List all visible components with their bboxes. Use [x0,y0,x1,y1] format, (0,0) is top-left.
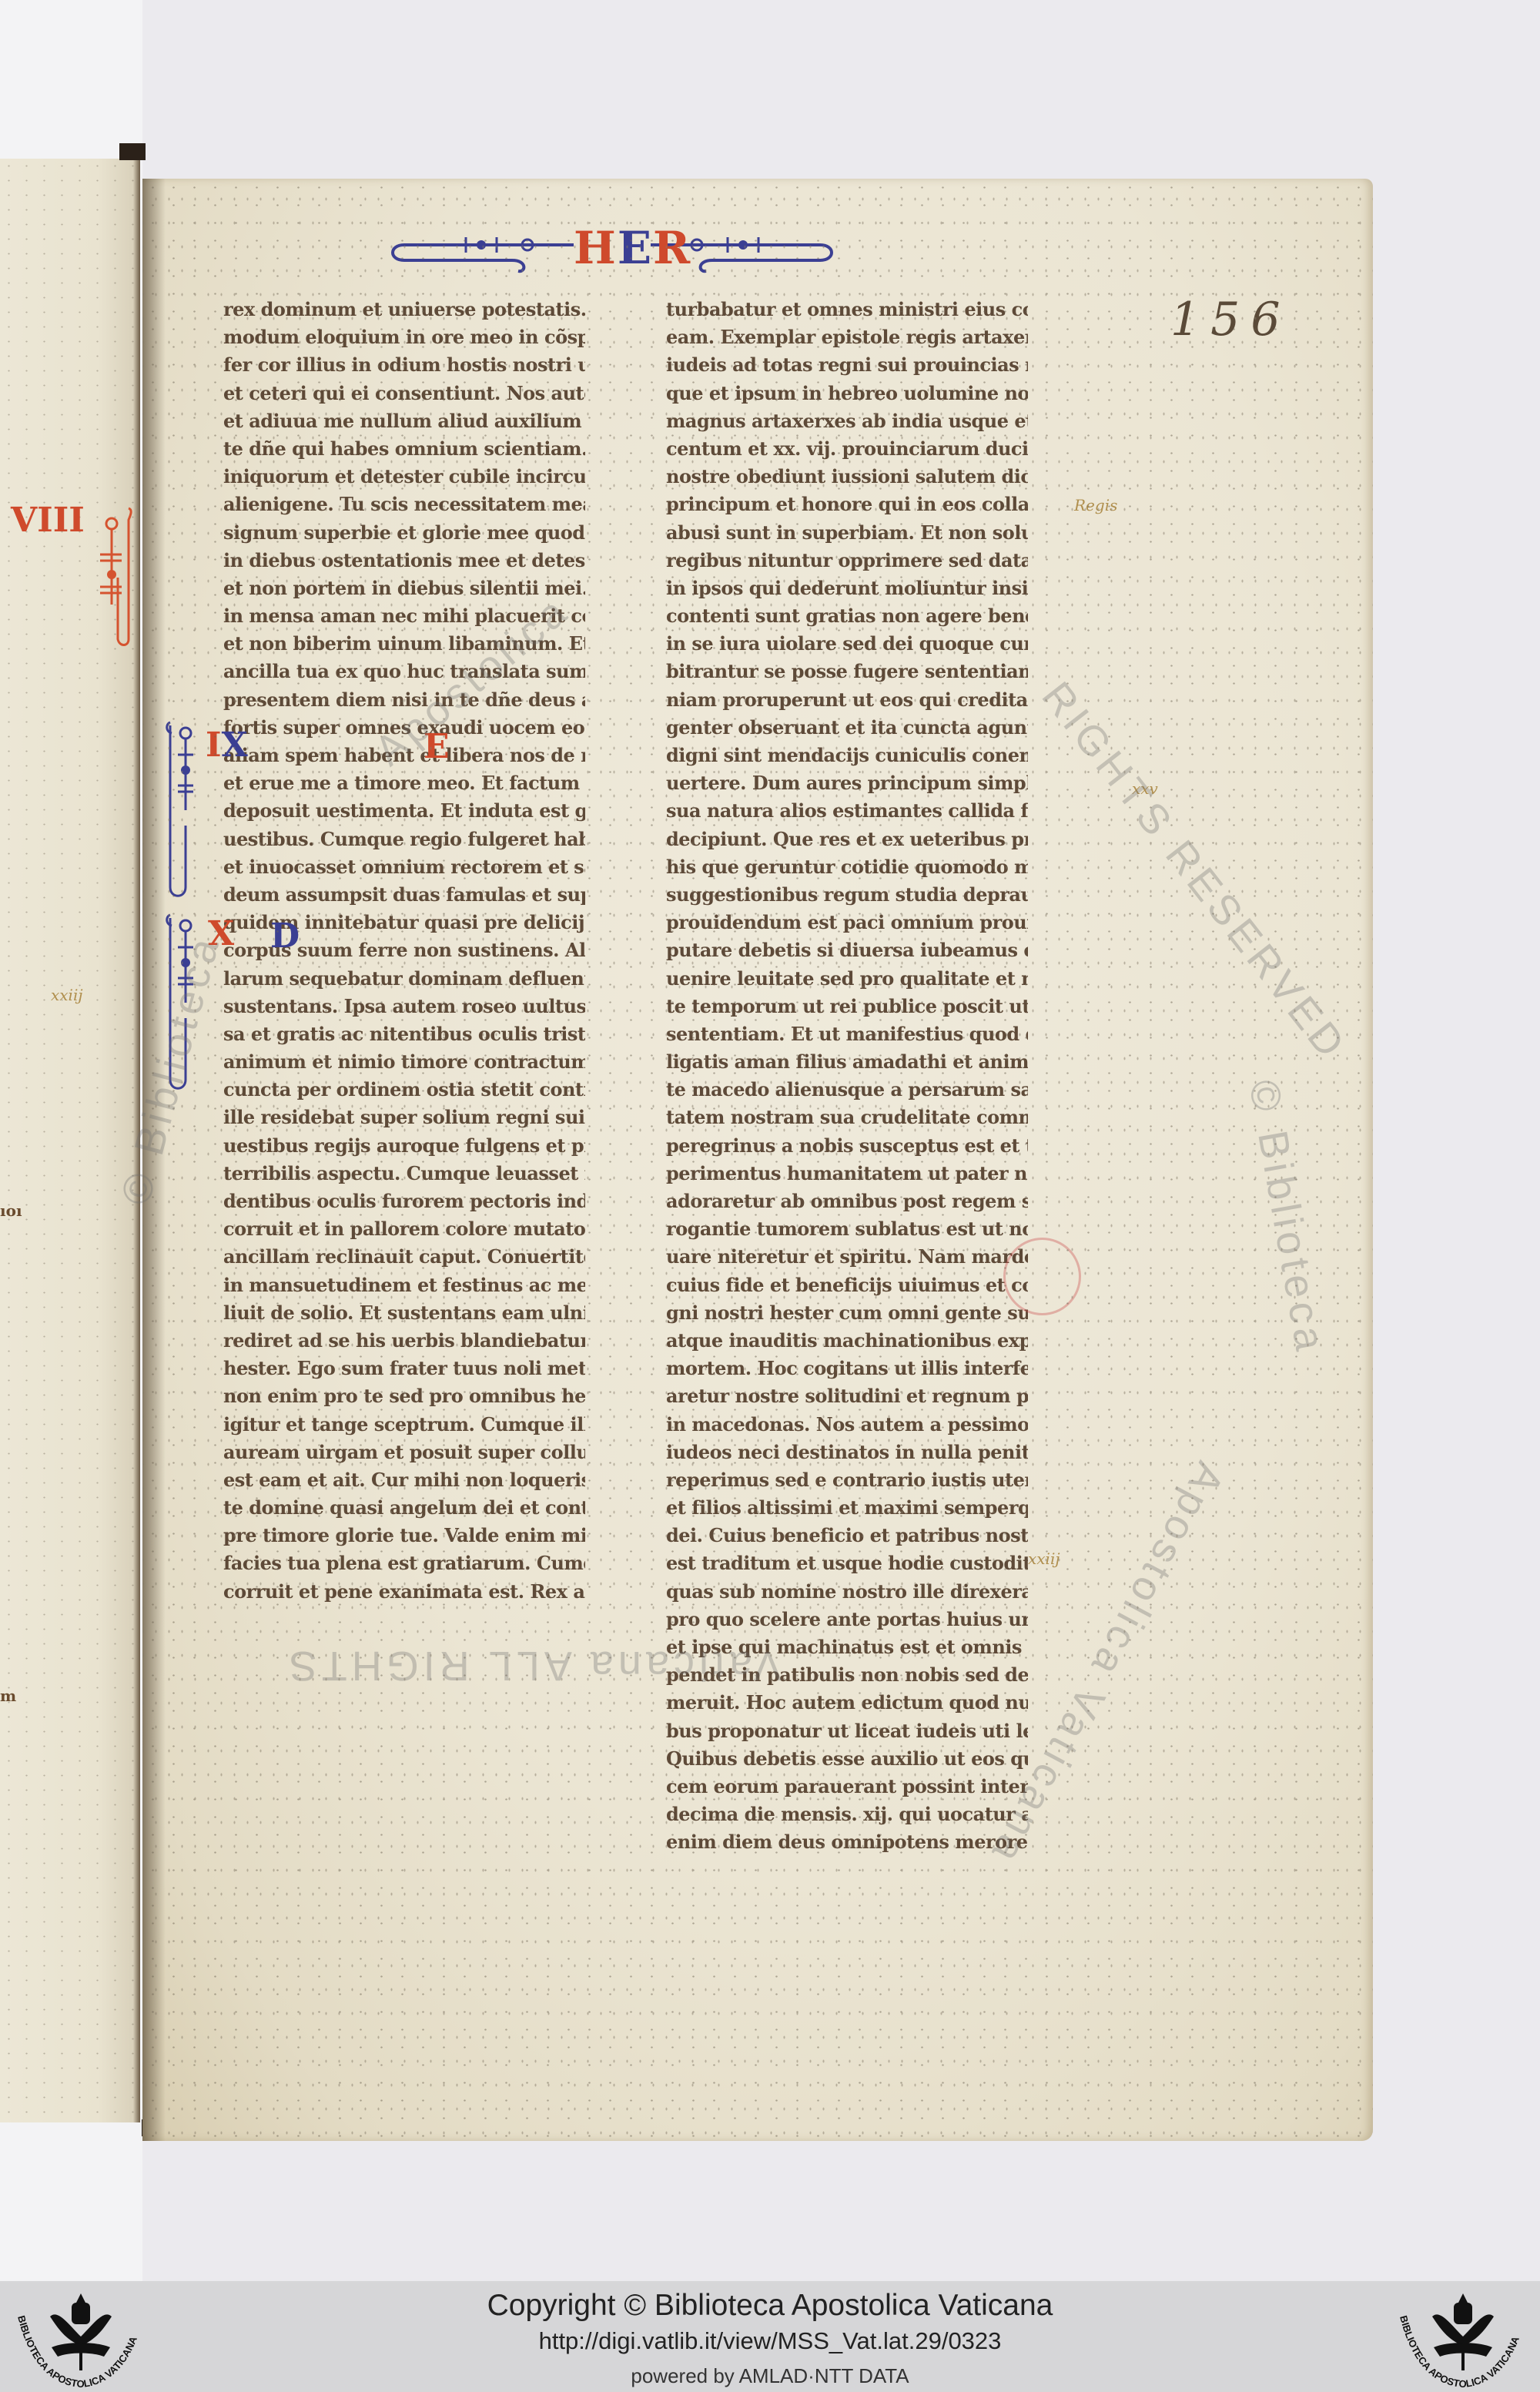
manuscript-text-line: sua natura alios estimantes callida frau… [666,797,1028,825]
manuscript-text-line: et adiuua me nullum aliud auxilium haben… [223,407,585,435]
manuscript-text-line: reperimus sed e contrario iustis utentes… [666,1466,1028,1494]
manuscript-text-line: facies tua plena est gratiarum. Cumque l… [223,1549,585,1577]
manuscript-text-line: tatem nostram sua crudelitate commaculan… [666,1104,1028,1131]
manuscript-text-line: principum et honore qui in eos collatus … [666,491,1028,518]
margin-note-xxiij: xxiij [1028,1549,1060,1568]
manuscript-text-line: dei. Cuius beneficio et patribus nostris… [666,1522,1028,1549]
manuscript-text-line: niam proruperunt ut eos qui credita sibi… [666,686,1028,714]
manuscript-text-line: est traditum et usque hodie custoditur. … [666,1549,1028,1577]
manuscript-text-line: perimentus humanitatem ut pater noster u… [666,1160,1028,1188]
watermark-all-rights: Vaticana ALL RIGHTS [285,1642,782,1690]
manuscript-text-line: uare niteretur et spiritu. Nam mardocheu… [666,1243,1028,1271]
manuscript-text-line: atque inauditis machinationibus expetiui… [666,1327,1028,1355]
copyright-text: Copyright © Biblioteca Apostolica Vatica… [0,2289,1540,2323]
manuscript-text-line: ligatis aman filius amadathi et animo et… [666,1048,1028,1076]
manuscript-text-line: adoraretur ab omnibus post regem secundu… [666,1188,1028,1215]
manuscript-text-line: centum et xx. vij. prouinciarum ducibus … [666,435,1028,463]
running-head-letter: R [653,222,691,274]
running-head-letter: E [618,222,653,274]
manuscript-text-line: est eam et ait. Cur mihi non loqueris. Q… [223,1466,585,1494]
manuscript-text-line: in se iura uiolare sed dei quoque cuncta… [666,630,1028,658]
manuscript-text-line: bitrantur se posse fugere sententiam. Et… [666,658,1028,685]
left-margin-note: xxiij [51,986,83,1004]
manuscript-text-line: auream uirgam et posuit super collum eiu… [223,1439,585,1466]
manuscript-text-line: cem eorum parauerant possint interficere… [666,1773,1028,1801]
manuscript-text-line: digni sint mendacijs cuniculis conentur … [666,742,1028,769]
folio-number: 156 [1170,293,1291,347]
manuscript-text-line: hester. Ego sum frater tuus noli metuere… [223,1355,585,1382]
manuscript-text-line: putare debetis si diuersa iubeamus ex an… [666,936,1028,964]
manuscript-text-line: sa et gratis ac nitentibus oculis triste… [223,1020,585,1048]
manuscript-text-line: his que geruntur cotidie quomodo malis q… [666,853,1028,881]
powered-by-text: powered by AMLAD·NTT DATA [0,2364,1540,2388]
manuscript-text-line: eam. Exemplar epistole regis artaxerxis … [666,323,1028,351]
manuscript-text-line: suggestionibus regum studia deprauentur.… [666,881,1028,909]
left-edge-fragment: m [0,1687,16,1705]
manuscript-text-line: rogantie tumorem sublatus est ut nos reg… [666,1215,1028,1243]
manuscript-text-line: enim diem deus omnipotens merorem et luc… [666,1828,1028,1856]
manuscript-text-line: bus proponatur ut liceat iudeis uti legi… [666,1717,1028,1745]
manuscript-text-line: in macedonas. Nos autem a pessimo mortal… [666,1411,1028,1439]
manuscript-text-line: peregrinus a nobis susceptus est et tant… [666,1132,1028,1160]
left-edge-fragment: ıoı [0,1201,22,1220]
manuscript-text-line: et erue me a timore meo. Et factum est d… [223,769,585,797]
manuscript-text-line: cuncta per ordinem ostia stetit contra r… [223,1076,585,1104]
vatican-library-logo-icon: BIBLIOTECA APOSTOLICA VATICANA [1386,2286,1540,2389]
chapter-ix-flourish-icon [158,718,196,903]
chapter-numeral: VIII [11,501,85,540]
manuscript-text-line: signum superbie et glorie mee quod est s… [223,519,585,547]
copyright-footer: BIBLIOTECA APOSTOLICA VATICANA Copyright… [0,2281,1540,2392]
manuscript-text-line: alienigene. Tu scis necessitatem meam qu… [223,491,585,518]
manuscript-text-line: abusi sunt in superbiam. Et non solum su… [666,519,1028,547]
manuscript-text-line: liuit de solio. Et sustentans eam ulnis … [223,1299,585,1327]
manuscript-text-line: quas sub nomine nostro ille direxerat sc… [666,1578,1028,1606]
initial-letter-d: D [270,916,300,956]
margin-note-regis: Regis [1074,496,1117,514]
manuscript-text-line: aretur nostre solitudini et regnum persa… [666,1382,1028,1410]
manuscript-text-line: genter obseruant et ita cuncta agunt ut … [666,714,1028,742]
manuscript-text-line: rex dominum et uniuerse potestatis. Trib… [223,296,585,323]
manuscript-text-line: fer cor illius in odium hostis nostri ut… [223,351,585,379]
manuscript-text-line: in mansuetudinem et festinus ac metuens … [223,1271,585,1299]
manuscript-text-line: Quibus debetis esse auxilio ut eos qui s… [666,1745,1028,1773]
manuscript-text-line: et ceteri qui ei consentiunt. Nos autem … [223,380,585,407]
manuscript-text-line: corruit et in pallorem colore mutato las… [223,1215,585,1243]
manuscript-text-line: dentibus oculis furorem pectoris indicas… [223,1188,585,1215]
manuscript-text-line: iniquorum et detester cubile incircumcis… [223,463,585,491]
manuscript-text-line: deposuit uestimenta. Et induta est glori… [223,797,585,825]
manuscript-text-line: rediret ad se his uerbis blandiebatur. Q… [223,1327,585,1355]
manuscript-text-line: regibus nituntur opprimere sed datam sib… [666,547,1028,575]
running-head-letter: H [574,222,618,274]
watermark-rights-reserved: RIGHTS RESERVED [1033,673,1357,1070]
manuscript-text-line: pro quo scelere ante portas huius urbis … [666,1606,1028,1633]
manuscript-text-line: et filios altissimi et maximi semperque … [666,1494,1028,1522]
manuscript-text-line: te temporum ut rei publice poscit utilit… [666,993,1028,1020]
left-page-verso [0,159,140,2122]
manuscript-text-line: gni nostri hester cum omni gente sua nou… [666,1299,1028,1327]
manuscript-text-line: decipiunt. Que res et ex ueteribus proba… [666,826,1028,853]
manuscript-text-line: ancillam reclinauit caput. Conuertitque … [223,1243,585,1271]
manuscript-text-line: que et ipsum in hebreo uolumine non habe… [666,380,1028,407]
image-url-link[interactable]: http://digi.vatlib.it/view/MSS_Vat.lat.2… [0,2327,1540,2355]
manuscript-text-line: magnus artaxerxes ab india usque ethiopi… [666,407,1028,435]
manuscript-text-line: uestibus regijs auroque fulgens et preci… [223,1132,585,1160]
manuscript-text-line: turbabatur et omnes ministri eius consol… [666,296,1028,323]
manuscript-text-line: pre timore glorie tue. Valde enim mirabi… [223,1522,585,1549]
manuscript-page-recto: HER 156 rex dominum et uniuerse potestat… [142,179,1373,2141]
manuscript-text-line: igitur et tange sceptrum. Cumque illa re… [223,1411,585,1439]
manuscript-text-line: te dñe qui habes omnium scientiam. Et no… [223,435,585,463]
watermark-copyright: © Biblioteca [1239,1077,1334,1358]
manuscript-text-line: te macedo alienusque a persarum sanguine… [666,1076,1028,1104]
manuscript-text-line: terribilis aspectu. Cumque leuasset faci… [223,1160,585,1188]
manuscript-text-line: modum eloquium in ore meo in cõspectu le… [223,323,585,351]
manuscript-text-line: uenire leuitate sed pro qualitate et nec… [666,965,1028,993]
manuscript-text-line: contenti sunt gratias non agere benefici… [666,602,1028,630]
manuscript-text-line: non enim pro te sed pro omnibus hec lex … [223,1382,585,1410]
manuscript-text-line: in ipsos qui dederunt moliuntur insidias… [666,575,1028,602]
manuscript-text-line: uertere. Dum aures principum simplices e… [666,769,1028,797]
manuscript-text-line: sententiam. Et ut manifestius quod dicim… [666,1020,1028,1048]
manuscript-text-line: meruit. Hoc autem edictum quod nunc mitt… [666,1689,1028,1717]
manuscript-text-line: nostre obediunt iussioni salutem dicit. … [666,463,1028,491]
manuscript-text-line: te domine quasi angelum dei et conturbat… [223,1494,585,1522]
manuscript-text-line: uestibus. Cumque regio fulgeret habitu [223,826,585,853]
manuscript-text-line: larum sequebatur dominam defluentia in h… [223,965,585,993]
manuscript-text-line: ille residebat super solium regni sui in… [223,1104,585,1131]
library-stamp-icon [1003,1238,1081,1315]
manuscript-text-line: decima die mensis. xij. qui uocatur adar… [666,1801,1028,1828]
running-head-text: HER [574,222,691,274]
manuscript-text-line: corruit et pene exanimata est. Rex autem [223,1578,585,1606]
running-head: HER [389,216,835,277]
manuscript-text-line: et non portem in diebus silentii mei. Et… [223,575,585,602]
binding-clip-top [119,143,146,160]
manuscript-text-line: iudeis ad totas regni sui prouincias mis… [666,351,1028,379]
manuscript-text-line: et inuocasset omnium rectorem et saluato… [223,853,585,881]
manuscript-text-line: mortem. Hoc cogitans ut illis interfecti… [666,1355,1028,1382]
image-viewer: VIII xxiij ıoı m [0,0,1540,2281]
manuscript-text-line: sustentans. Ipsa autem roseo uultus colo… [223,993,585,1020]
left-chapter-number: VIII [11,501,85,540]
chapter-number-ix: IX [206,725,248,765]
left-flourish-icon [96,501,135,655]
manuscript-text-line: cuius fide et beneficijs uiuimus et cons… [666,1271,1028,1299]
manuscript-text-line: prouidendum est paci omnium prouinciarum… [666,909,1028,936]
manuscript-text-line: iudeos neci destinatos in nulla penitus … [666,1439,1028,1466]
manuscript-text-line: animum et nimio timore contractum. Ingre… [223,1048,585,1076]
manuscript-text-line: deum assumpsit duas famulas et super una… [223,881,585,909]
manuscript-text-line: in diebus ostentationis mee et detester … [223,547,585,575]
text-column-b: turbabatur et omnes ministri eius consol… [666,296,1028,1857]
